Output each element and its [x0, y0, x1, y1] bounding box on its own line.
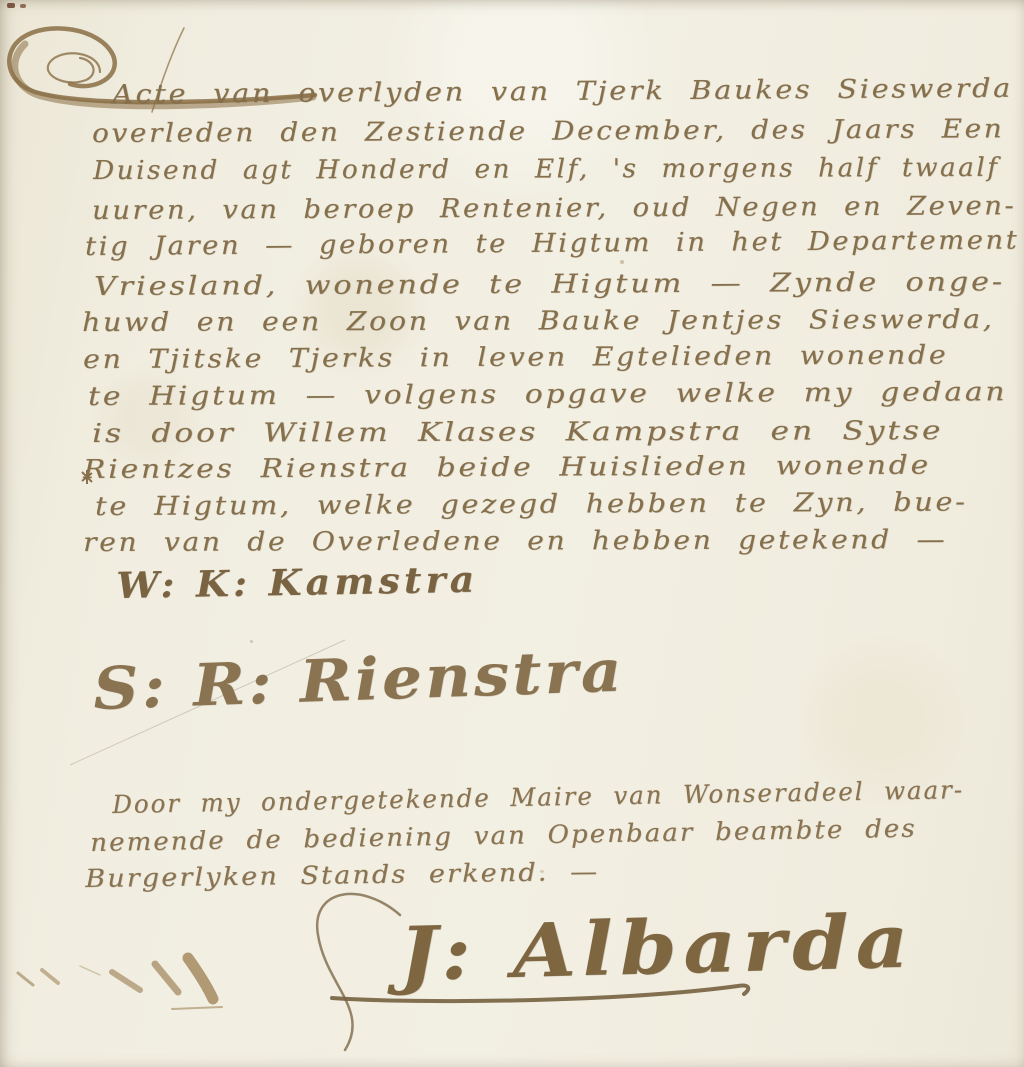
paper-speck — [540, 870, 544, 873]
document-page: Acte van overlyden van Tjerk Baukes Sies… — [0, 0, 1024, 1067]
paper-speck — [250, 640, 253, 643]
bottom-ink-marks — [18, 958, 222, 1009]
paper-speck — [870, 470, 873, 473]
signature-underline-swash — [0, 0, 1024, 1067]
paper-speck — [620, 260, 624, 264]
